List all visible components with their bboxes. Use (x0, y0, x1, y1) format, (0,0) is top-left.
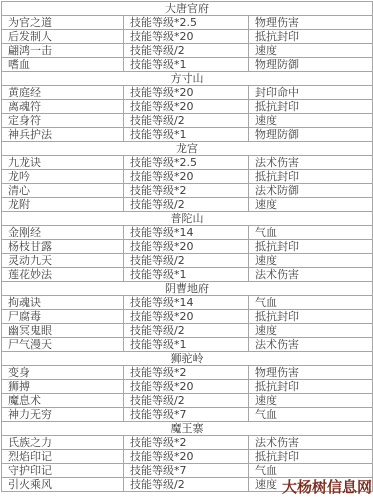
table-row: 龙吟技能等级*20抵抗封印 (2, 170, 373, 184)
attribute-cell: 物理伤害 (249, 366, 373, 380)
section-row: 大唐官府 (2, 2, 373, 16)
formula-cell: 技能等级*20 (124, 310, 249, 324)
skill-name-cell: 九龙诀 (2, 156, 124, 170)
section-header: 魔王寨 (2, 422, 373, 436)
attribute-cell: 抵抗封印 (249, 380, 373, 394)
formula-cell: 技能等级*2.5 (124, 156, 249, 170)
table-row: 定身符技能等级/2速度 (2, 114, 373, 128)
skill-name-cell: 魔息术 (2, 394, 124, 408)
section-header: 阴曹地府 (2, 282, 373, 296)
attribute-cell: 法术防御 (249, 184, 373, 198)
skill-name-cell: 杨枝甘露 (2, 240, 124, 254)
table-row: 魔息术技能等级/2速度 (2, 394, 373, 408)
table-row: 神兵护法技能等级*1物理防御 (2, 128, 373, 142)
table-row: 拘魂诀技能等级*14气血 (2, 296, 373, 310)
formula-cell: 技能等级*2 (124, 436, 249, 450)
formula-cell: 技能等级*2 (124, 366, 249, 380)
section-row: 普陀山 (2, 212, 373, 226)
attribute-cell: 速度 (249, 324, 373, 338)
skill-name-cell: 狮搏 (2, 380, 124, 394)
skill-name-cell: 离魂符 (2, 100, 124, 114)
skill-name-cell: 金刚经 (2, 226, 124, 240)
skill-name-cell: 为官之道 (2, 16, 124, 30)
attribute-cell: 速度 (249, 44, 373, 58)
table-row: 烈焰印记技能等级*20抵抗封印 (2, 450, 373, 464)
table-row: 金刚经技能等级*14气血 (2, 226, 373, 240)
attribute-cell: 封印命中 (249, 86, 373, 100)
formula-cell: 技能等级*20 (124, 86, 249, 100)
attribute-cell: 法术伤害 (249, 436, 373, 450)
attribute-cell: 物理防御 (249, 58, 373, 72)
skill-name-cell: 尸腐毒 (2, 310, 124, 324)
attribute-cell: 抵抗封印 (249, 310, 373, 324)
formula-cell: 技能等级*2 (124, 184, 249, 198)
attribute-cell: 法术伤害 (249, 338, 373, 352)
table-row: 氏族之力技能等级*2法术伤害 (2, 436, 373, 450)
attribute-cell: 速度 (249, 198, 373, 212)
skill-name-cell: 尸气漫天 (2, 338, 124, 352)
skill-name-cell: 黄庭经 (2, 86, 124, 100)
table-row: 尸气漫天技能等级*1法术伤害 (2, 338, 373, 352)
table-row: 离魂符技能等级*20抵抗封印 (2, 100, 373, 114)
section-header: 龙宫 (2, 142, 373, 156)
skill-name-cell: 后发制人 (2, 30, 124, 44)
table-row: 翩鸿一击技能等级/2速度 (2, 44, 373, 58)
table-row: 神力无穷技能等级*7气血 (2, 408, 373, 422)
skill-name-cell: 变身 (2, 366, 124, 380)
formula-cell: 技能等级*7 (124, 408, 249, 422)
skill-name-cell: 清心 (2, 184, 124, 198)
table-row: 莲花妙法技能等级*1法术伤害 (2, 268, 373, 282)
skill-name-cell: 定身符 (2, 114, 124, 128)
section-header: 狮驼岭 (2, 352, 373, 366)
formula-cell: 技能等级*7 (124, 464, 249, 478)
formula-cell: 技能等级*2.5 (124, 16, 249, 30)
skill-name-cell: 莲花妙法 (2, 268, 124, 282)
formula-cell: 技能等级*20 (124, 30, 249, 44)
table-row: 灵动九天技能等级/2速度 (2, 254, 373, 268)
table-row: 狮搏技能等级*20抵抗封印 (2, 380, 373, 394)
formula-cell: 技能等级*20 (124, 100, 249, 114)
formula-cell: 技能等级/2 (124, 324, 249, 338)
page: 大唐官府为官之道技能等级*2.5物理伤害后发制人技能等级*20抵抗封印翩鸿一击技… (0, 0, 373, 500)
formula-cell: 技能等级/2 (124, 198, 249, 212)
table-row: 后发制人技能等级*20抵抗封印 (2, 30, 373, 44)
table-row: 龙附技能等级/2速度 (2, 198, 373, 212)
table-row: 嗜血技能等级*1物理防御 (2, 58, 373, 72)
formula-cell: 技能等级*20 (124, 170, 249, 184)
formula-cell: 技能等级*1 (124, 268, 249, 282)
formula-cell: 技能等级/2 (124, 254, 249, 268)
attribute-cell: 抵抗封印 (249, 30, 373, 44)
formula-cell: 技能等级*20 (124, 380, 249, 394)
attribute-cell: 气血 (249, 296, 373, 310)
skill-name-cell: 龙吟 (2, 170, 124, 184)
skill-name-cell: 龙附 (2, 198, 124, 212)
section-row: 阴曹地府 (2, 282, 373, 296)
skill-name-cell: 守护印记 (2, 464, 124, 478)
skills-table: 大唐官府为官之道技能等级*2.5物理伤害后发制人技能等级*20抵抗封印翩鸿一击技… (1, 1, 373, 492)
formula-cell: 技能等级*20 (124, 450, 249, 464)
attribute-cell: 速度 (249, 254, 373, 268)
formula-cell: 技能等级*20 (124, 240, 249, 254)
attribute-cell: 抵抗封印 (249, 450, 373, 464)
table-row: 杨枝甘露技能等级*20抵抗封印 (2, 240, 373, 254)
attribute-cell: 速度 (249, 114, 373, 128)
attribute-cell: 物理伤害 (249, 16, 373, 30)
formula-cell: 技能等级/2 (124, 114, 249, 128)
skill-name-cell: 幽冥鬼眼 (2, 324, 124, 338)
section-row: 龙宫 (2, 142, 373, 156)
section-header: 方寸山 (2, 72, 373, 86)
skill-name-cell: 灵动九天 (2, 254, 124, 268)
attribute-cell: 法术伤害 (249, 268, 373, 282)
formula-cell: 技能等级*1 (124, 128, 249, 142)
skill-name-cell: 烈焰印记 (2, 450, 124, 464)
section-row: 方寸山 (2, 72, 373, 86)
attribute-cell: 速度 (249, 394, 373, 408)
section-row: 狮驼岭 (2, 352, 373, 366)
section-header: 普陀山 (2, 212, 373, 226)
section-row: 魔王寨 (2, 422, 373, 436)
attribute-cell: 抵抗封印 (249, 240, 373, 254)
skill-name-cell: 神兵护法 (2, 128, 124, 142)
skill-name-cell: 拘魂诀 (2, 296, 124, 310)
formula-cell: 技能等级/2 (124, 478, 249, 492)
skill-name-cell: 引火乘风 (2, 478, 124, 492)
table-row: 尸腐毒技能等级*20抵抗封印 (2, 310, 373, 324)
attribute-cell: 法术伤害 (249, 156, 373, 170)
attribute-cell: 抵抗封印 (249, 170, 373, 184)
skill-name-cell: 神力无穷 (2, 408, 124, 422)
table-row: 九龙诀技能等级*2.5法术伤害 (2, 156, 373, 170)
table-row: 为官之道技能等级*2.5物理伤害 (2, 16, 373, 30)
attribute-cell: 气血 (249, 226, 373, 240)
skill-name-cell: 嗜血 (2, 58, 124, 72)
attribute-cell: 抵抗封印 (249, 100, 373, 114)
attribute-cell: 物理防御 (249, 128, 373, 142)
attribute-cell: 气血 (249, 408, 373, 422)
formula-cell: 技能等级/2 (124, 394, 249, 408)
formula-cell: 技能等级*1 (124, 58, 249, 72)
table-row: 变身技能等级*2物理伤害 (2, 366, 373, 380)
section-header: 大唐官府 (2, 2, 373, 16)
site-watermark: 大杨树信息网 (282, 476, 372, 497)
formula-cell: 技能等级*14 (124, 226, 249, 240)
formula-cell: 技能等级*1 (124, 338, 249, 352)
table-row: 清心技能等级*2法术防御 (2, 184, 373, 198)
table-row: 黄庭经技能等级*20封印命中 (2, 86, 373, 100)
formula-cell: 技能等级/2 (124, 44, 249, 58)
skill-name-cell: 氏族之力 (2, 436, 124, 450)
skill-name-cell: 翩鸿一击 (2, 44, 124, 58)
table-row: 幽冥鬼眼技能等级/2速度 (2, 324, 373, 338)
formula-cell: 技能等级*14 (124, 296, 249, 310)
